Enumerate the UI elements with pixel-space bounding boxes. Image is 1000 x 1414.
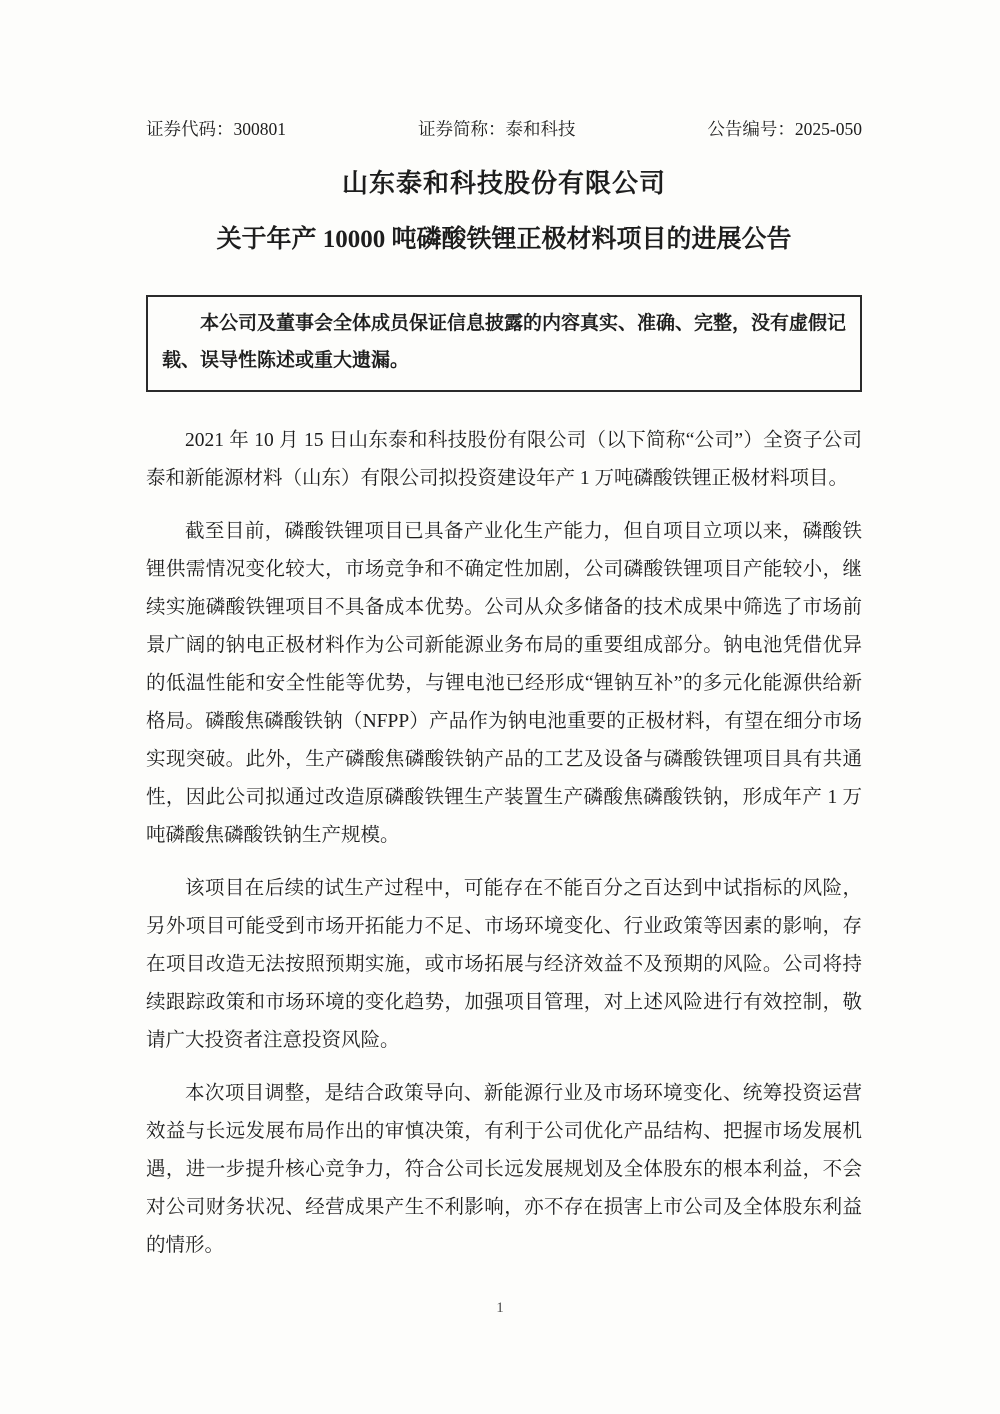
stock-code: 证券代码：300801 — [146, 116, 286, 141]
stock-short-name: 证券简称：泰和科技 — [418, 116, 576, 141]
paragraph-intro: 2021 年 10 月 15 日山东泰和科技股份有限公司（以下简称“公司”）全资… — [146, 422, 862, 498]
paragraph-risk-notice: 该项目在后续的试生产过程中，可能存在不能百分之百达到中试指标的风险，另外项目可能… — [146, 870, 862, 1060]
announcement-number: 公告编号：2025-050 — [707, 116, 862, 141]
disclaimer-box: 本公司及董事会全体成员保证信息披露的内容真实、准确、完整，没有虚假记载、误导性陈… — [146, 295, 862, 392]
paragraph-project-status: 截至目前，磷酸铁锂项目已具备产业化生产能力，但自项目立项以来，磷酸铁锂供需情况变… — [146, 513, 862, 855]
document-header-row: 证券代码：300801 证券简称：泰和科技 公告编号：2025-050 — [146, 116, 862, 141]
document-body: 2021 年 10 月 15 日山东泰和科技股份有限公司（以下简称“公司”）全资… — [146, 422, 862, 1265]
announcement-title: 关于年产 10000 吨磷酸铁锂正极材料项目的进展公告 — [146, 223, 862, 257]
page-number: 1 — [0, 1300, 1000, 1317]
paragraph-adjustment-rationale: 本次项目调整，是结合政策导向、新能源行业及市场环境变化、统筹投资运营效益与长远发… — [146, 1075, 862, 1265]
company-name-title: 山东泰和科技股份有限公司 — [146, 167, 862, 201]
disclaimer-text: 本公司及董事会全体成员保证信息披露的内容真实、准确、完整，没有虚假记载、误导性陈… — [162, 305, 846, 379]
announcement-page: 证券代码：300801 证券简称：泰和科技 公告编号：2025-050 山东泰和… — [0, 0, 1000, 1414]
